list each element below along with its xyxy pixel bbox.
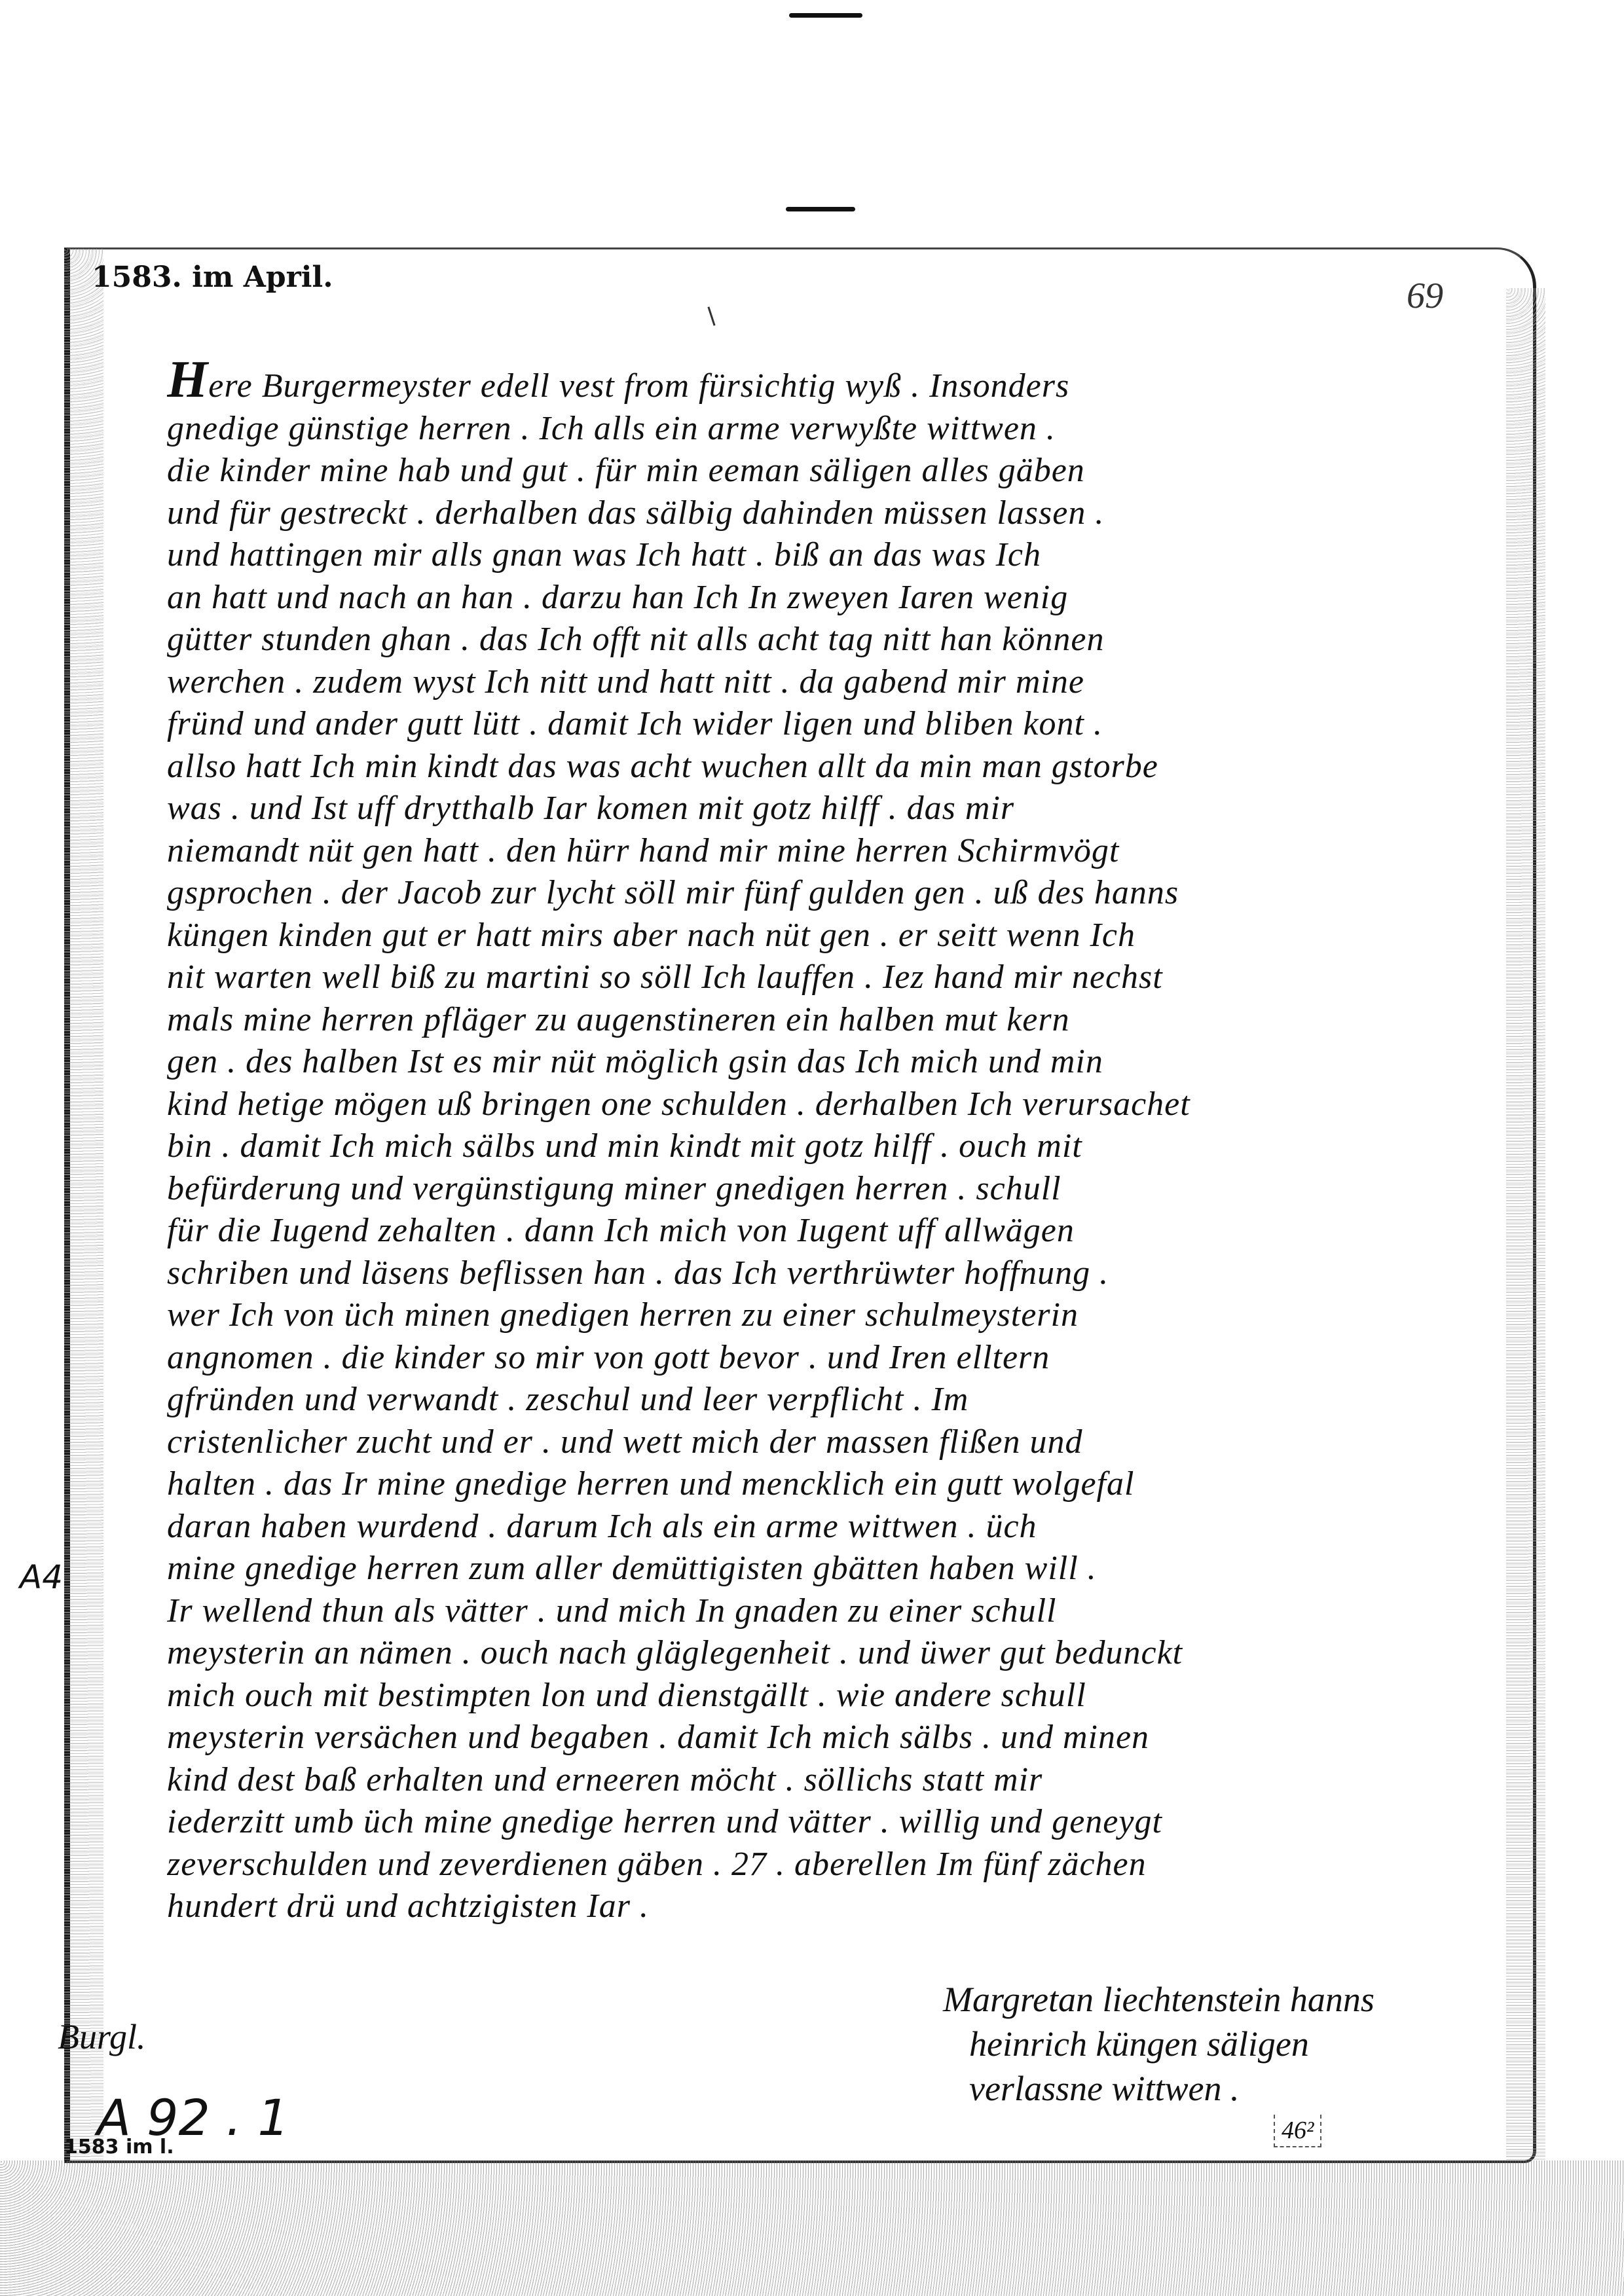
letter-line: was . und Ist uff drytthalb Iar komen mi… [167, 788, 1522, 830]
signature-line: heinrich küngen säligen [943, 2022, 1375, 2066]
second-rule-mark [786, 207, 855, 211]
letter-line: an hatt und nach an han . darzu han Ich … [167, 577, 1522, 619]
letter-line: befürderung und vergünstigung miner gned… [167, 1168, 1522, 1211]
bottom-left-note: Burgl. [58, 2016, 146, 2057]
letter-line: zeverschulden und zeverdienen gäben . 27… [167, 1844, 1522, 1886]
letter-line: halten . das Ir mine gnedige herren und … [167, 1463, 1522, 1506]
letter-line: allso hatt Ich min kindt das was acht wu… [167, 746, 1522, 788]
letter-line: hundert drü und achtzigisten Iar . [167, 1886, 1522, 1928]
page-box-number: 46² [1274, 2115, 1321, 2147]
letter-line: gsprochen . der Jacob zur lycht söll mir… [167, 872, 1522, 915]
folio-number: 69 [1407, 275, 1443, 317]
letter-line: gfründen und verwandt . zeschul und leer… [167, 1379, 1522, 1421]
letter-line: nit warten well biß zu martini so söll I… [167, 957, 1522, 999]
corner-stamp: 1583 im l. [64, 2136, 174, 2159]
letter-line: mals mine herren pfläger zu augenstinere… [167, 999, 1522, 1042]
letter-line: für die Iugend zehalten . dann Ich mich … [167, 1210, 1522, 1252]
top-rule-mark [789, 13, 862, 18]
letter-line: meysterin versächen und begaben . damit … [167, 1717, 1522, 1759]
date-label: 1583. im April. [92, 261, 333, 294]
signature-line: verlassne wittwen . [943, 2066, 1375, 2111]
letter-line: iederzitt umb üch mine gnedige herren un… [167, 1801, 1522, 1844]
signature-line: Margretan liechtenstein hanns [943, 1977, 1375, 2022]
letter-line: gütter stunden ghan . das Ich offt nit a… [167, 619, 1522, 661]
margin-label-a4: A4 [20, 1558, 63, 1596]
signature-block: Margretan liechtenstein hanns heinrich k… [943, 1977, 1375, 2111]
letter-line: cristenlicher zucht und er . und wett mi… [167, 1421, 1522, 1464]
letter-line: die kinder mine hab und gut . für min ee… [167, 450, 1522, 492]
letter-line: wer Ich von üch minen gnedigen herren zu… [167, 1294, 1522, 1337]
letter-line: werchen . zudem wyst Ich nitt und hatt n… [167, 661, 1522, 704]
letter-line: angnomen . die kinder so mir von gott be… [167, 1337, 1522, 1379]
letter-line: kind dest baß erhalten und erneeren möch… [167, 1759, 1522, 1802]
letter-line: Ir wellend thun als vätter . und mich In… [167, 1590, 1522, 1633]
letter-line: daran haben wurdend . darum Ich als ein … [167, 1506, 1522, 1548]
letter-line: Here Burgermeyster edell vest from fürsi… [167, 359, 1522, 408]
letter-line: und hattingen mir alls gnan was Ich hatt… [167, 534, 1522, 577]
letter-line: gnedige günstige herren . Ich alls ein a… [167, 408, 1522, 450]
letter-line: mine gnedige herren zum aller demüttigis… [167, 1548, 1522, 1590]
scan-background-noise [0, 2160, 1624, 2296]
letter-line: niemandt nüt gen hatt . den hürr hand mi… [167, 830, 1522, 873]
letter-line: meysterin an nämen . ouch nach gläglegen… [167, 1632, 1522, 1675]
letter-body: Here Burgermeyster edell vest from fürsi… [167, 359, 1522, 1928]
letter-line: kind hetige mögen uß bringen one schulde… [167, 1084, 1522, 1126]
letter-line: und für gestreckt . derhalben das sälbig… [167, 492, 1522, 535]
letter-line: mich ouch mit bestimpten lon und dienstg… [167, 1675, 1522, 1717]
letter-line: bin . damit Ich mich sälbs und min kindt… [167, 1125, 1522, 1168]
letter-line: küngen kinden gut er hatt mirs aber nach… [167, 915, 1522, 957]
letter-line: gen . des halben Ist es mir nüt möglich … [167, 1041, 1522, 1084]
letter-line: fründ und ander gutt lütt . damit Ich wi… [167, 703, 1522, 746]
letter-line: schriben und läsens beflissen han . das … [167, 1252, 1522, 1295]
left-edge-shadow [64, 249, 103, 2160]
